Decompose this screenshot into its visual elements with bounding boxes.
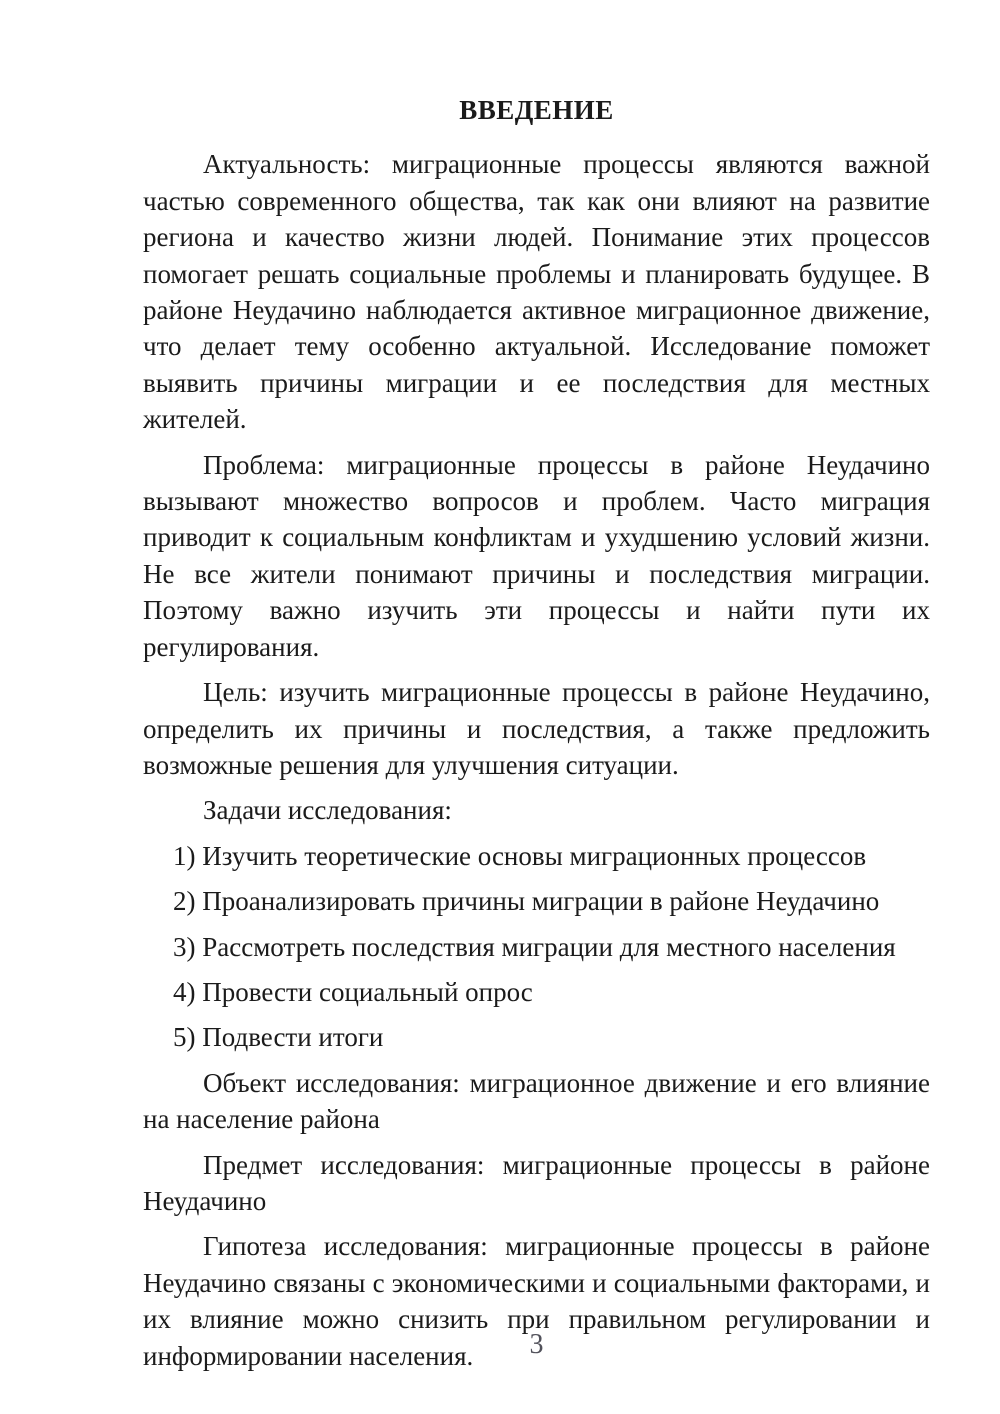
task-item-5: 5) Подвести итоги: [143, 1019, 930, 1055]
task-item-2: 2) Проанализировать причины миграции в р…: [143, 883, 930, 919]
section-title: ВВЕДЕНИЕ: [143, 92, 930, 128]
task-item-3: 3) Рассмотреть последствия миграции для …: [143, 929, 930, 965]
paragraph-problem: Проблема: миграционные процессы в районе…: [143, 447, 930, 665]
task-list: 1) Изучить теоретические основы миграцио…: [143, 838, 930, 1056]
task-item-4: 4) Провести социальный опрос: [143, 974, 930, 1010]
page-footer: 3: [143, 1327, 930, 1363]
tasks-heading: Задачи исследования:: [143, 792, 930, 828]
task-item-1: 1) Изучить теоретические основы миграцио…: [143, 838, 930, 874]
paragraph-object: Объект исследования: миграционное движен…: [143, 1065, 930, 1138]
page-content: ВВЕДЕНИЕ Актуальность: миграционные проц…: [143, 92, 930, 1383]
paragraph-relevance: Актуальность: миграционные процессы явля…: [143, 146, 930, 437]
paragraph-subject: Предмет исследования: миграционные проце…: [143, 1147, 930, 1220]
document-page: ВВЕДЕНИЕ Актуальность: миграционные проц…: [0, 0, 1000, 1414]
paragraph-goal: Цель: изучить миграционные процессы в ра…: [143, 674, 930, 783]
page-number: 3: [530, 1329, 544, 1360]
